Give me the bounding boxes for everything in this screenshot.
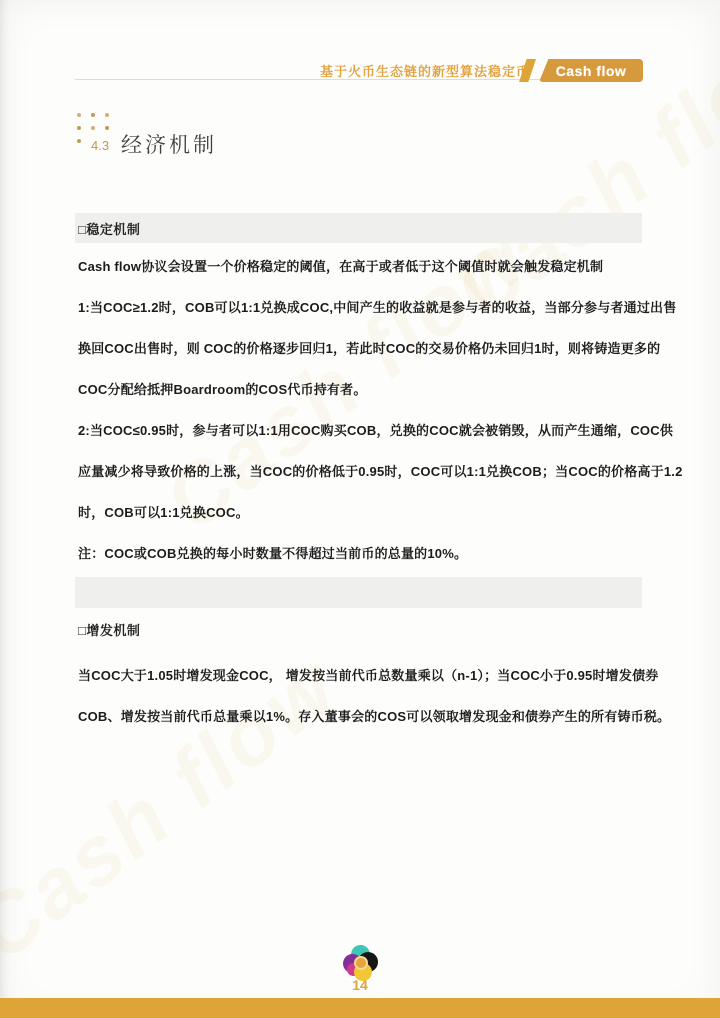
- dot-icon: [77, 139, 81, 143]
- dot-icon: [91, 126, 95, 130]
- body-line: 时，COB可以1:1兑换COC。: [78, 492, 645, 533]
- body-line: 换回COC出售时，则 COC的价格逐步回归1，若此时COC的交易价格仍未回归1时…: [78, 328, 645, 369]
- section-number: 4.3: [91, 144, 109, 148]
- dot-icon: [77, 126, 81, 130]
- stability-paragraphs: Cash flow协议会设置一个价格稳定的阈值，在高于或者低于这个阈值时就会触发…: [78, 246, 645, 574]
- stability-banner: □稳定机制: [75, 213, 642, 243]
- body-line: 应量减少将导致价格的上涨，当COC的价格低于0.95时，COC可以1:1兑换CO…: [78, 451, 645, 492]
- body-line: 1:当COC≥1.2时，COB可以1:1兑换成COC,中间产生的收益就是参与者的…: [78, 287, 645, 328]
- body-line: 当COC大于1.05时增发现金COC， 增发按当前代币总数量乘以（n-1）；当C…: [78, 655, 645, 696]
- body-line: COC分配给抵押Boardroom的COS代币持有者。: [78, 369, 645, 410]
- issuance-banner: [75, 577, 642, 608]
- dot-icon: [105, 113, 109, 117]
- dot-icon: [91, 113, 95, 117]
- body-line: 2:当COC≤0.95时，参与者可以1:1用COC购买COB，兑换的COC就会被…: [78, 410, 645, 451]
- section-title: 经济机制: [121, 129, 217, 159]
- body-line: 注：COC或COB兑换的每小时数量不得超过当前币的总量的10%。: [78, 533, 645, 574]
- dot-icon: [105, 126, 109, 130]
- page-number: 14: [0, 977, 720, 993]
- badge-slant-decoration: [519, 59, 536, 82]
- header-title: 基于火币生态链的新型算法稳定币: [75, 61, 530, 80]
- stability-heading: □稳定机制: [75, 219, 140, 238]
- logo-coin-center: [354, 956, 368, 970]
- cashflow-badge: Cash flow: [539, 59, 643, 82]
- dot-row: [77, 113, 109, 117]
- section-dots-decoration: 4.3: [77, 113, 109, 143]
- issuance-heading: □增发机制: [78, 621, 140, 641]
- dot-row: [77, 126, 109, 130]
- dot-icon: [77, 113, 81, 117]
- document-page: Cash flow Cash flow Cash flow 基于火币生态链的新型…: [0, 0, 720, 1018]
- body-line: COB、增发按当前代币总量乘以1%。存入董事会的COS可以领取增发现金和债券产生…: [78, 696, 645, 737]
- header-badge-group: Cash flow: [519, 59, 643, 82]
- issuance-paragraphs: 当COC大于1.05时增发现金COC， 增发按当前代币总数量乘以（n-1）；当C…: [78, 655, 645, 737]
- body-line: Cash flow协议会设置一个价格稳定的阈值，在高于或者低于这个阈值时就会触发…: [78, 246, 645, 287]
- footer-accent-bar: [0, 998, 720, 1018]
- dot-row: 4.3: [77, 139, 109, 143]
